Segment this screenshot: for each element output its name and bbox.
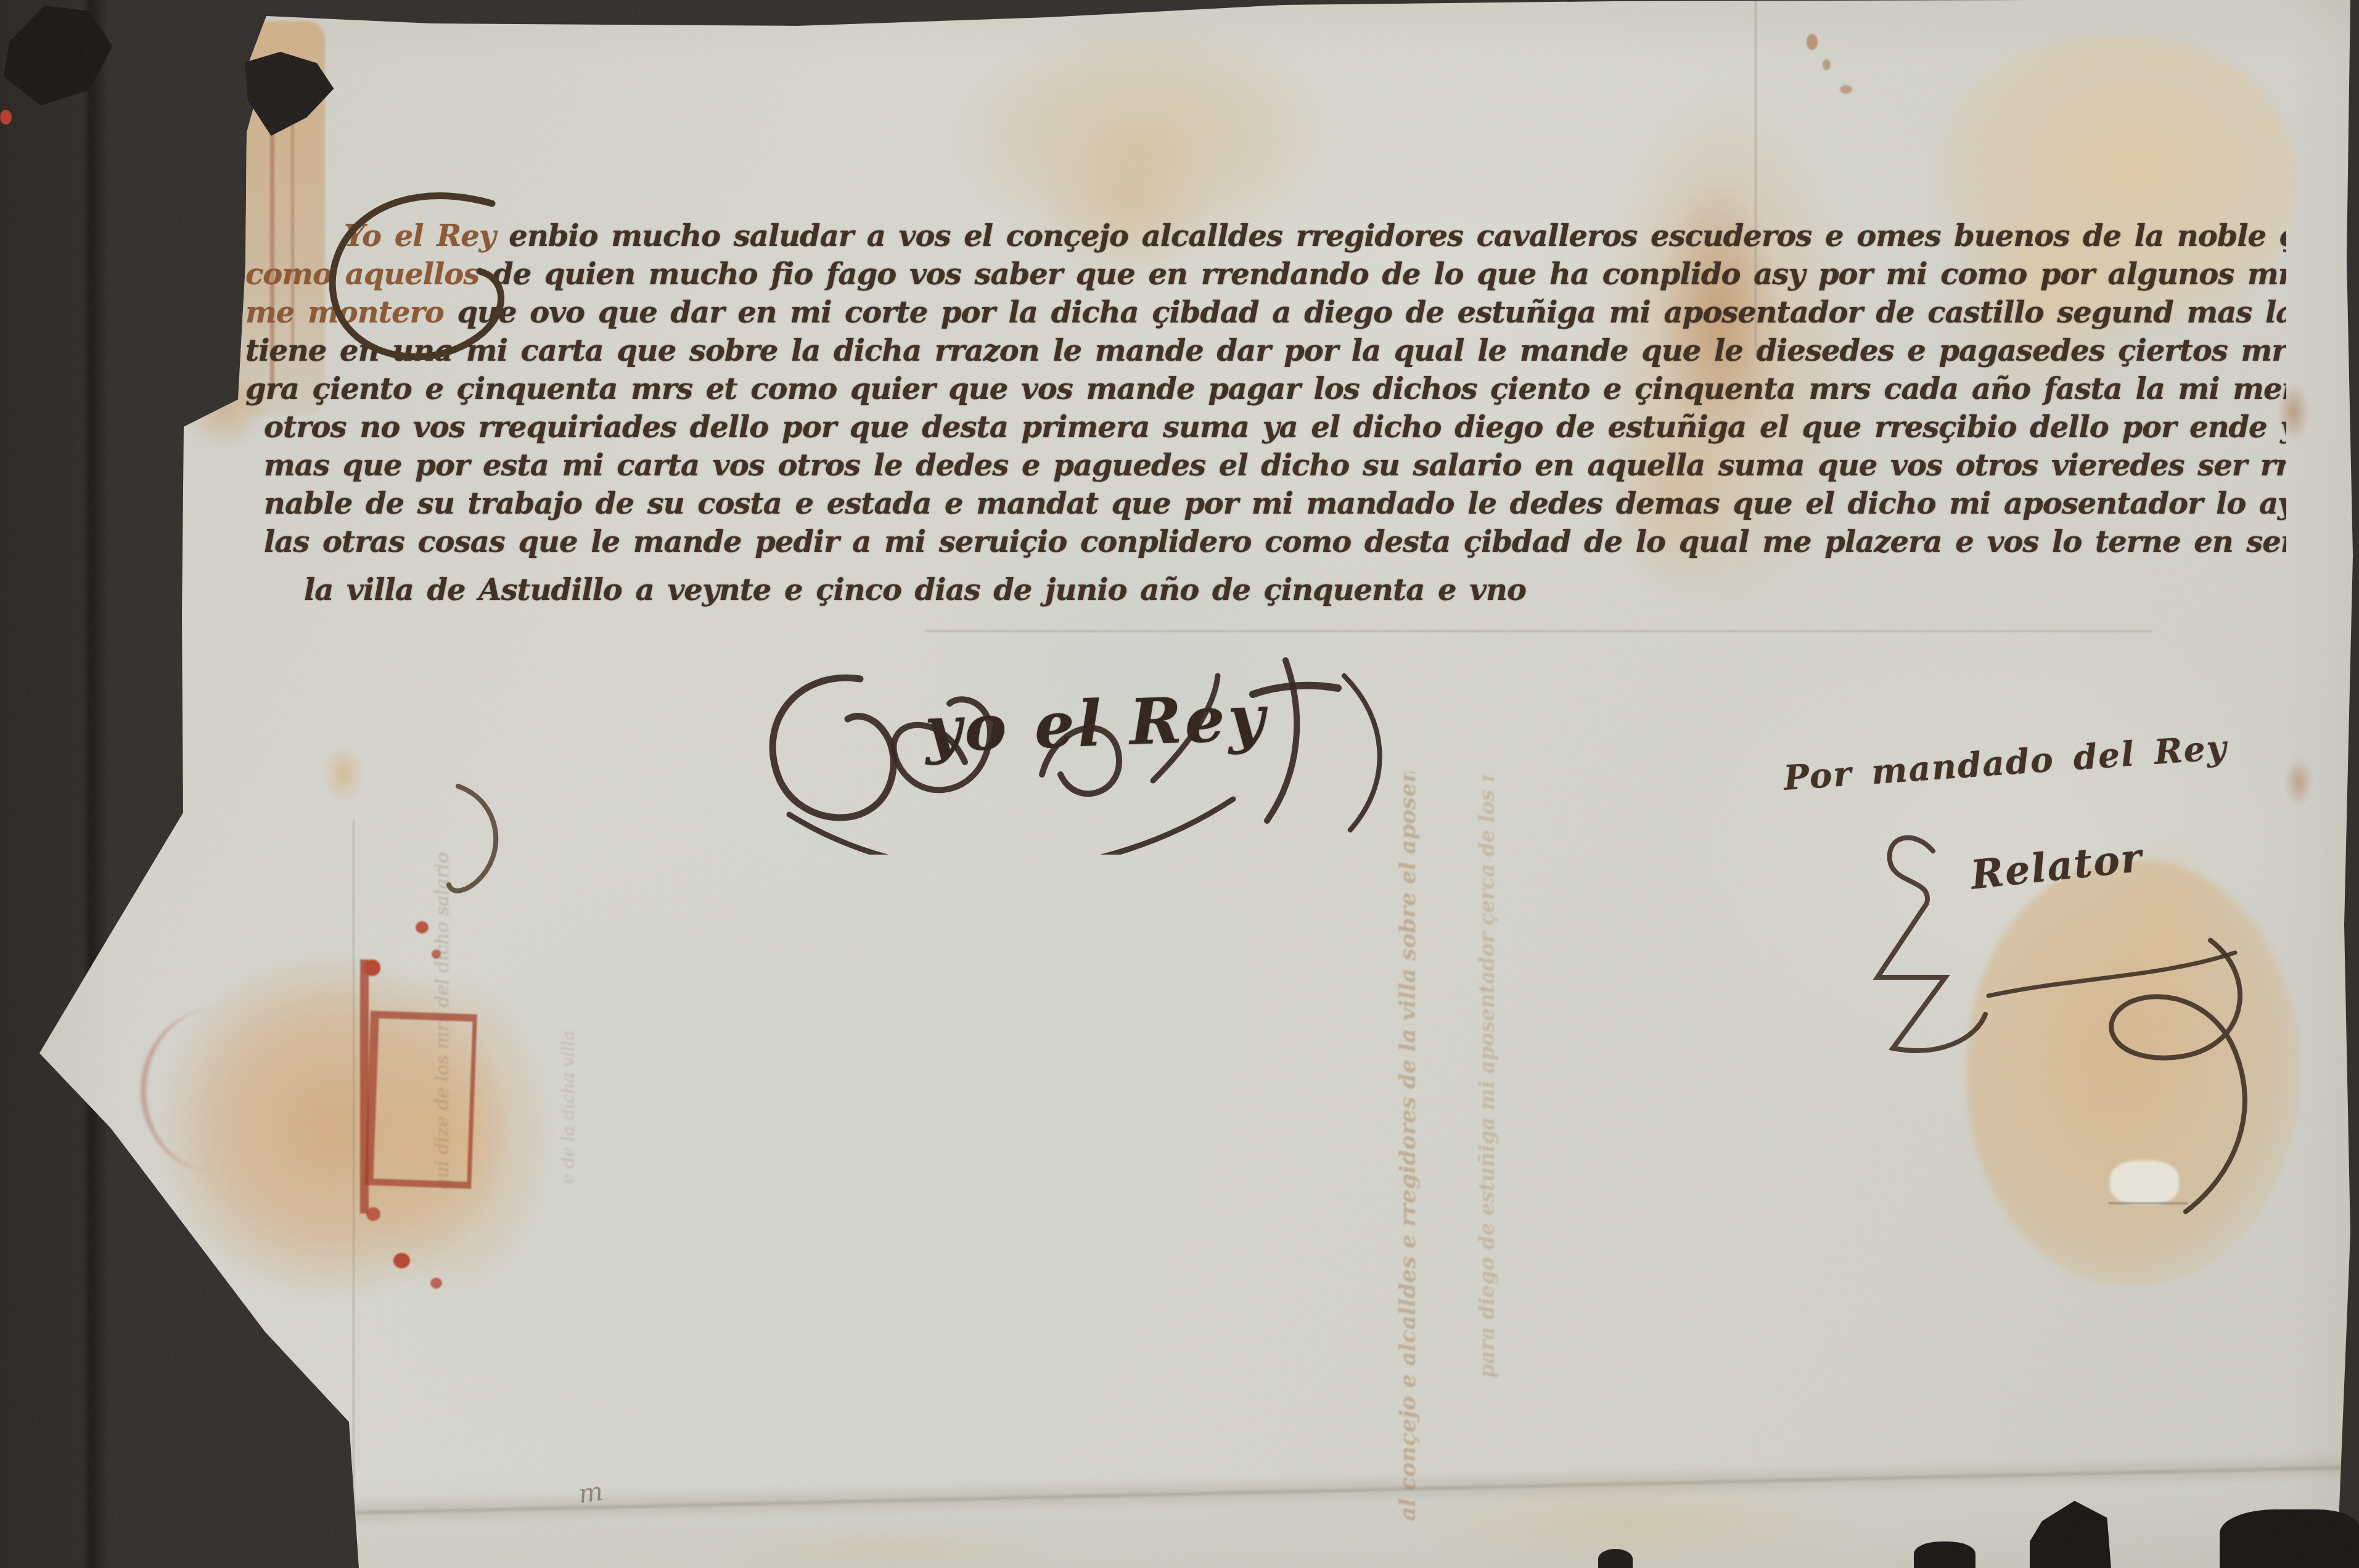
manuscript-line: mas que por esta mi carta vos otros le d… xyxy=(245,446,2286,485)
manuscript-line: me montero que ovo que dar en mi corte p… xyxy=(245,293,2286,332)
line-opening-faded: como aquellos xyxy=(245,257,479,292)
manuscript-line: otros no vos rrequiriades dello por que … xyxy=(245,408,2286,446)
line-opening-faded: me montero xyxy=(245,295,444,330)
line-text: enbio mucho saludar a vos el conçejo alc… xyxy=(496,219,2286,253)
torn-hole xyxy=(0,0,117,110)
letter-text-block: Yo el Rey enbio mucho saludar a vos el c… xyxy=(245,217,2286,609)
royal-signature-text: yo el Rey xyxy=(924,681,1269,766)
line-text: de quien mucho fio fago vos saber que en… xyxy=(479,257,2286,292)
line-text: tiene en una mi carta que sobre la dicha… xyxy=(245,334,2286,368)
manuscript-dateline: la villa de Astudillo a veynte e çinco d… xyxy=(245,571,2286,609)
paper-sheet: al conçejo e alcalldes e rregidores de l… xyxy=(0,0,2359,1568)
line-text: otros no vos rrequiriades dello por que … xyxy=(264,410,2286,445)
manuscript-line: Yo el Rey enbio mucho saludar a vos el c… xyxy=(245,217,2286,255)
manuscript-line: las otras cosas que le mande pedir a mi … xyxy=(245,523,2286,561)
line-text: que ovo que dar en mi corte por la dicha… xyxy=(444,295,2286,330)
line-opening-faded: Yo el Rey xyxy=(344,219,496,253)
line-text: la villa de Astudillo a veynte e çinco d… xyxy=(304,573,1526,607)
line-text: nable de su trabajo de su costa e estada… xyxy=(264,486,2286,521)
manuscript-line: nable de su trabajo de su costa e estada… xyxy=(245,485,2286,523)
manuscript-line: tiene en una mi carta que sobre la dicha… xyxy=(245,332,2286,370)
manuscript-line: como aquellos de quien mucho fio fago vo… xyxy=(245,255,2286,293)
wax-drop xyxy=(0,110,12,125)
manuscript-line: gra çiento e çinquenta mrs et como quier… xyxy=(245,370,2286,408)
photograph-of-manuscript: al conçejo e alcalldes e rregidores de l… xyxy=(0,0,2359,1568)
line-text: las otras cosas que le mande pedir a mi … xyxy=(264,525,2286,559)
line-text: mas que por esta mi carta vos otros le d… xyxy=(264,448,2286,483)
royal-signature-block: yo el Rey xyxy=(721,633,1449,855)
line-text: gra çiento e çinquenta mrs et como quier… xyxy=(245,372,2286,406)
stray-ink-mark: m xyxy=(576,1476,605,1509)
